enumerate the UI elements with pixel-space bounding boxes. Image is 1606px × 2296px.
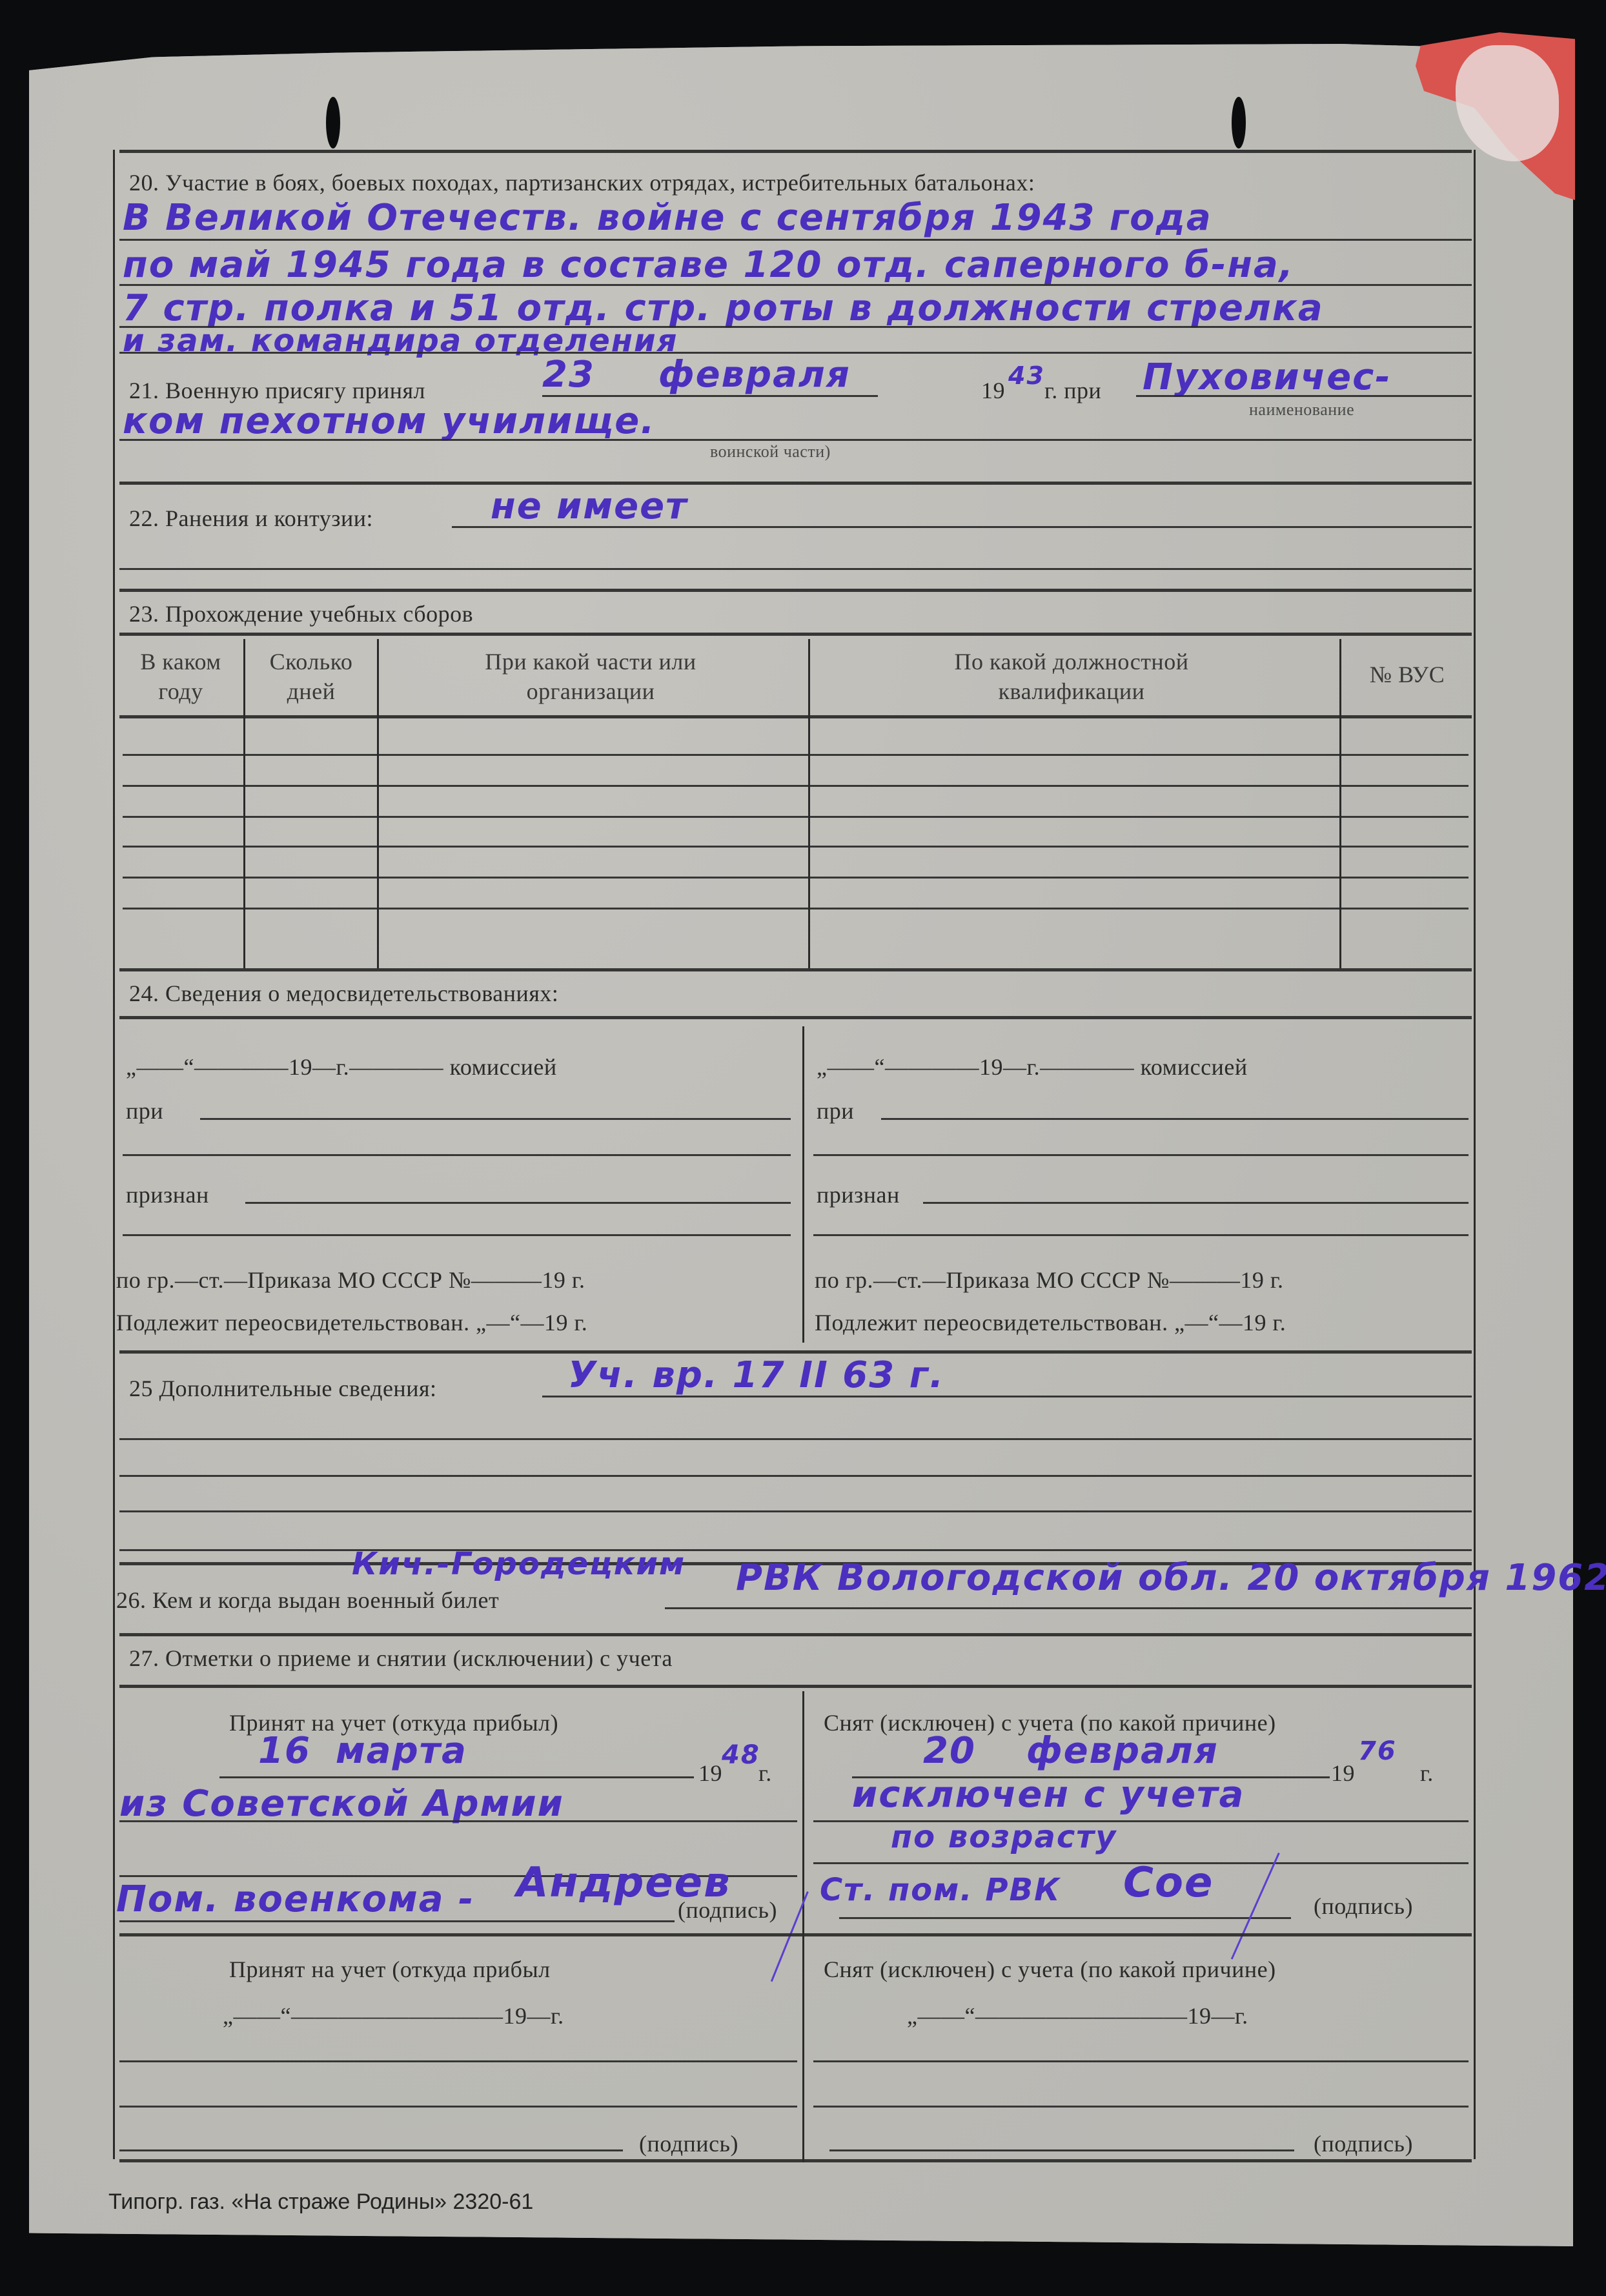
punch-hole-left [326, 97, 340, 148]
s24-left-pri: при [126, 1097, 163, 1124]
rule [119, 1549, 1472, 1551]
s27-e1-removed-year-suffix: 76 [1358, 1736, 1397, 1766]
s27-label: 27. Отметки о приеме и снятии (исключени… [129, 1645, 673, 1672]
section-rule [119, 968, 1472, 971]
s23-col-days: Сколько дней [247, 647, 376, 706]
s20-line-1: В Великой Отечеств. войне с сентября 194… [123, 197, 1212, 239]
rule [119, 1933, 1472, 1936]
rule [923, 1202, 1469, 1204]
s24-left-reexam: Подлежит переосвидетельствован. „—“—19 г… [116, 1309, 587, 1336]
printer-imprint: Типогр. газ. «На страже Родины» 2320-61 [108, 2189, 533, 2215]
s27-e2-removed-label: Снят (исключен) с учета (по какой причин… [824, 1956, 1276, 1983]
section-rule [119, 482, 1472, 485]
s25-value: Уч. вр. 17 II 63 г. [568, 1354, 944, 1396]
punch-hole-right [1232, 97, 1246, 148]
table-row [123, 846, 1469, 848]
rule [119, 1016, 1472, 1019]
col-divider [243, 639, 245, 968]
s21-unit-line-1: Пуховичес- [1143, 356, 1392, 398]
column-divider [802, 1691, 804, 2162]
rule [200, 1118, 791, 1120]
section-rule [119, 1350, 1472, 1354]
rule [839, 1917, 1291, 1919]
rule [452, 526, 1472, 528]
col-divider [377, 639, 379, 968]
column-divider [802, 1026, 804, 1343]
col-divider [808, 639, 810, 968]
rule [119, 439, 1472, 441]
table-top-rule [119, 633, 1472, 636]
rule [123, 1154, 791, 1156]
table-header-rule [119, 715, 1472, 718]
col-divider [1339, 639, 1341, 968]
s24-right-reexam: Подлежит переосвидетельствован. „—“—19 г… [815, 1309, 1286, 1336]
s27-e1-removed-signature: Сое [1123, 1859, 1214, 1907]
s23-col-vus: № ВУС [1343, 660, 1472, 689]
rule [813, 2060, 1469, 2062]
s23-col-qualification: По какой должностной квалификации [904, 647, 1239, 706]
s26-value-2: РВК Вологодской обл. 20 октября 1962 [736, 1557, 1606, 1599]
s27-e1-removed-month: февраля [1026, 1730, 1219, 1772]
s27-e2-accepted-label: Принят на учет (откуда прибыл [229, 1956, 551, 1983]
rule [665, 1607, 1472, 1609]
rule [542, 395, 878, 397]
rule [119, 1475, 1472, 1477]
s23-label: 23. Прохождение учебных сборов [129, 600, 473, 627]
table-row [123, 816, 1469, 818]
rule [119, 2149, 623, 2151]
s23-col-unit: При какой части или организации [452, 647, 729, 706]
s27-e1-removed-day: 20 [923, 1730, 976, 1772]
s24-left-order: по гр.—ст.—Приказа МО СССР №———19 г. [116, 1266, 585, 1294]
s27-e1-removed-year-prefix: 19 [1331, 1760, 1355, 1787]
rule [119, 239, 1472, 241]
rule [119, 1920, 675, 1922]
s22-label: 22. Ранения и контузии: [129, 505, 373, 532]
s27-e1-accepted-month: марта [336, 1730, 467, 1772]
s27-e1-accepted-year-suffix: 48 [722, 1740, 760, 1770]
rule [813, 1154, 1469, 1156]
s27-e1-removed-reason-2: по возрасту [891, 1819, 1117, 1855]
s24-left-date: „——“————19—г.———— комиссией [126, 1053, 557, 1081]
rule [119, 1820, 797, 1822]
s20-line-2: по май 1945 года в составе 120 отд. сапе… [123, 244, 1294, 286]
rule [119, 1510, 1472, 1512]
table-row [123, 785, 1469, 787]
s27-e2-removed-signature-caption: (подпись) [1314, 2130, 1413, 2157]
s27-e1-accepted-from: из Советской Армии [119, 1783, 564, 1825]
rule [1136, 395, 1472, 397]
table-row [123, 754, 1469, 756]
table-row [123, 908, 1469, 909]
s27-e1-accepted-year-unit: г. [758, 1760, 772, 1787]
s21-year-suffix: 43 [1008, 361, 1045, 390]
s21-year-prefix: 19 [981, 377, 1005, 404]
rule [119, 1685, 1472, 1688]
rule [881, 1118, 1469, 1120]
s27-e1-removed-year-unit: г. [1420, 1760, 1434, 1787]
s27-e1-signature-caption: (подпись) [678, 1896, 777, 1924]
section-rule [119, 1633, 1472, 1636]
s27-e1-accepted-day: 16 [258, 1730, 311, 1772]
frame-top-rule [119, 150, 1472, 153]
s24-right-priznan: признан [817, 1181, 900, 1208]
table-row [123, 877, 1469, 879]
frame-bottom-rule [119, 2159, 1472, 2162]
rule [813, 1234, 1469, 1236]
s21-caption-top: наименование [1249, 400, 1354, 420]
s24-label: 24. Сведения о медосвидетельствованиях: [129, 980, 558, 1007]
s27-e1-accepted-signer: Пом. военкома - [116, 1878, 474, 1920]
s27-e1-removed-signature-caption: (подпись) [1314, 1893, 1413, 1920]
s27-e2-removed-date: „——“—————————19—г. [907, 2002, 1248, 2029]
s22-value: не имеет [491, 485, 688, 527]
rule [119, 568, 1472, 570]
s26-label: 26. Кем и когда выдан военный билет [116, 1587, 499, 1614]
rule [829, 2149, 1294, 2151]
s21-year-unit: г. при [1044, 377, 1101, 404]
section-rule [119, 589, 1472, 592]
rule [119, 2106, 797, 2108]
rule [813, 2106, 1469, 2108]
s23-col-year: В каком году [119, 647, 242, 706]
rule [119, 2060, 797, 2062]
s27-e1-accepted-year-prefix: 19 [698, 1760, 722, 1787]
s21-month: февраля [658, 354, 851, 396]
s24-right-pri: при [817, 1097, 854, 1124]
rule [119, 284, 1472, 286]
s27-e2-signature-caption: (подпись) [639, 2130, 738, 2157]
rule [245, 1202, 791, 1204]
s21-day: 23 [542, 354, 595, 396]
s24-right-order: по гр.—ст.—Приказа МО СССР №———19 г. [815, 1266, 1284, 1294]
s25-label: 25 Дополнительные сведения: [129, 1375, 437, 1402]
s26-value-1: Кич.-Городецким [352, 1546, 686, 1582]
rule [123, 1234, 791, 1236]
s27-e1-removed-signer: Ст. пом. РВК [820, 1872, 1061, 1908]
rule [219, 1776, 694, 1778]
s24-left-priznan: признан [126, 1181, 209, 1208]
rule [542, 1396, 1472, 1397]
s20-label: 20. Участие в боях, боевых походах, парт… [129, 169, 1035, 196]
s21-caption-bottom: воинской части) [710, 442, 831, 462]
s27-e2-accepted-date: „——“—————————19—г. [223, 2002, 564, 2029]
s27-e1-removed-reason-1: исключен с учета [852, 1774, 1245, 1816]
s21-unit-line-2: ком пехотном училище. [123, 400, 656, 442]
s24-right-date: „——“————19—г.———— комиссией [817, 1053, 1248, 1081]
rule [119, 1438, 1472, 1440]
